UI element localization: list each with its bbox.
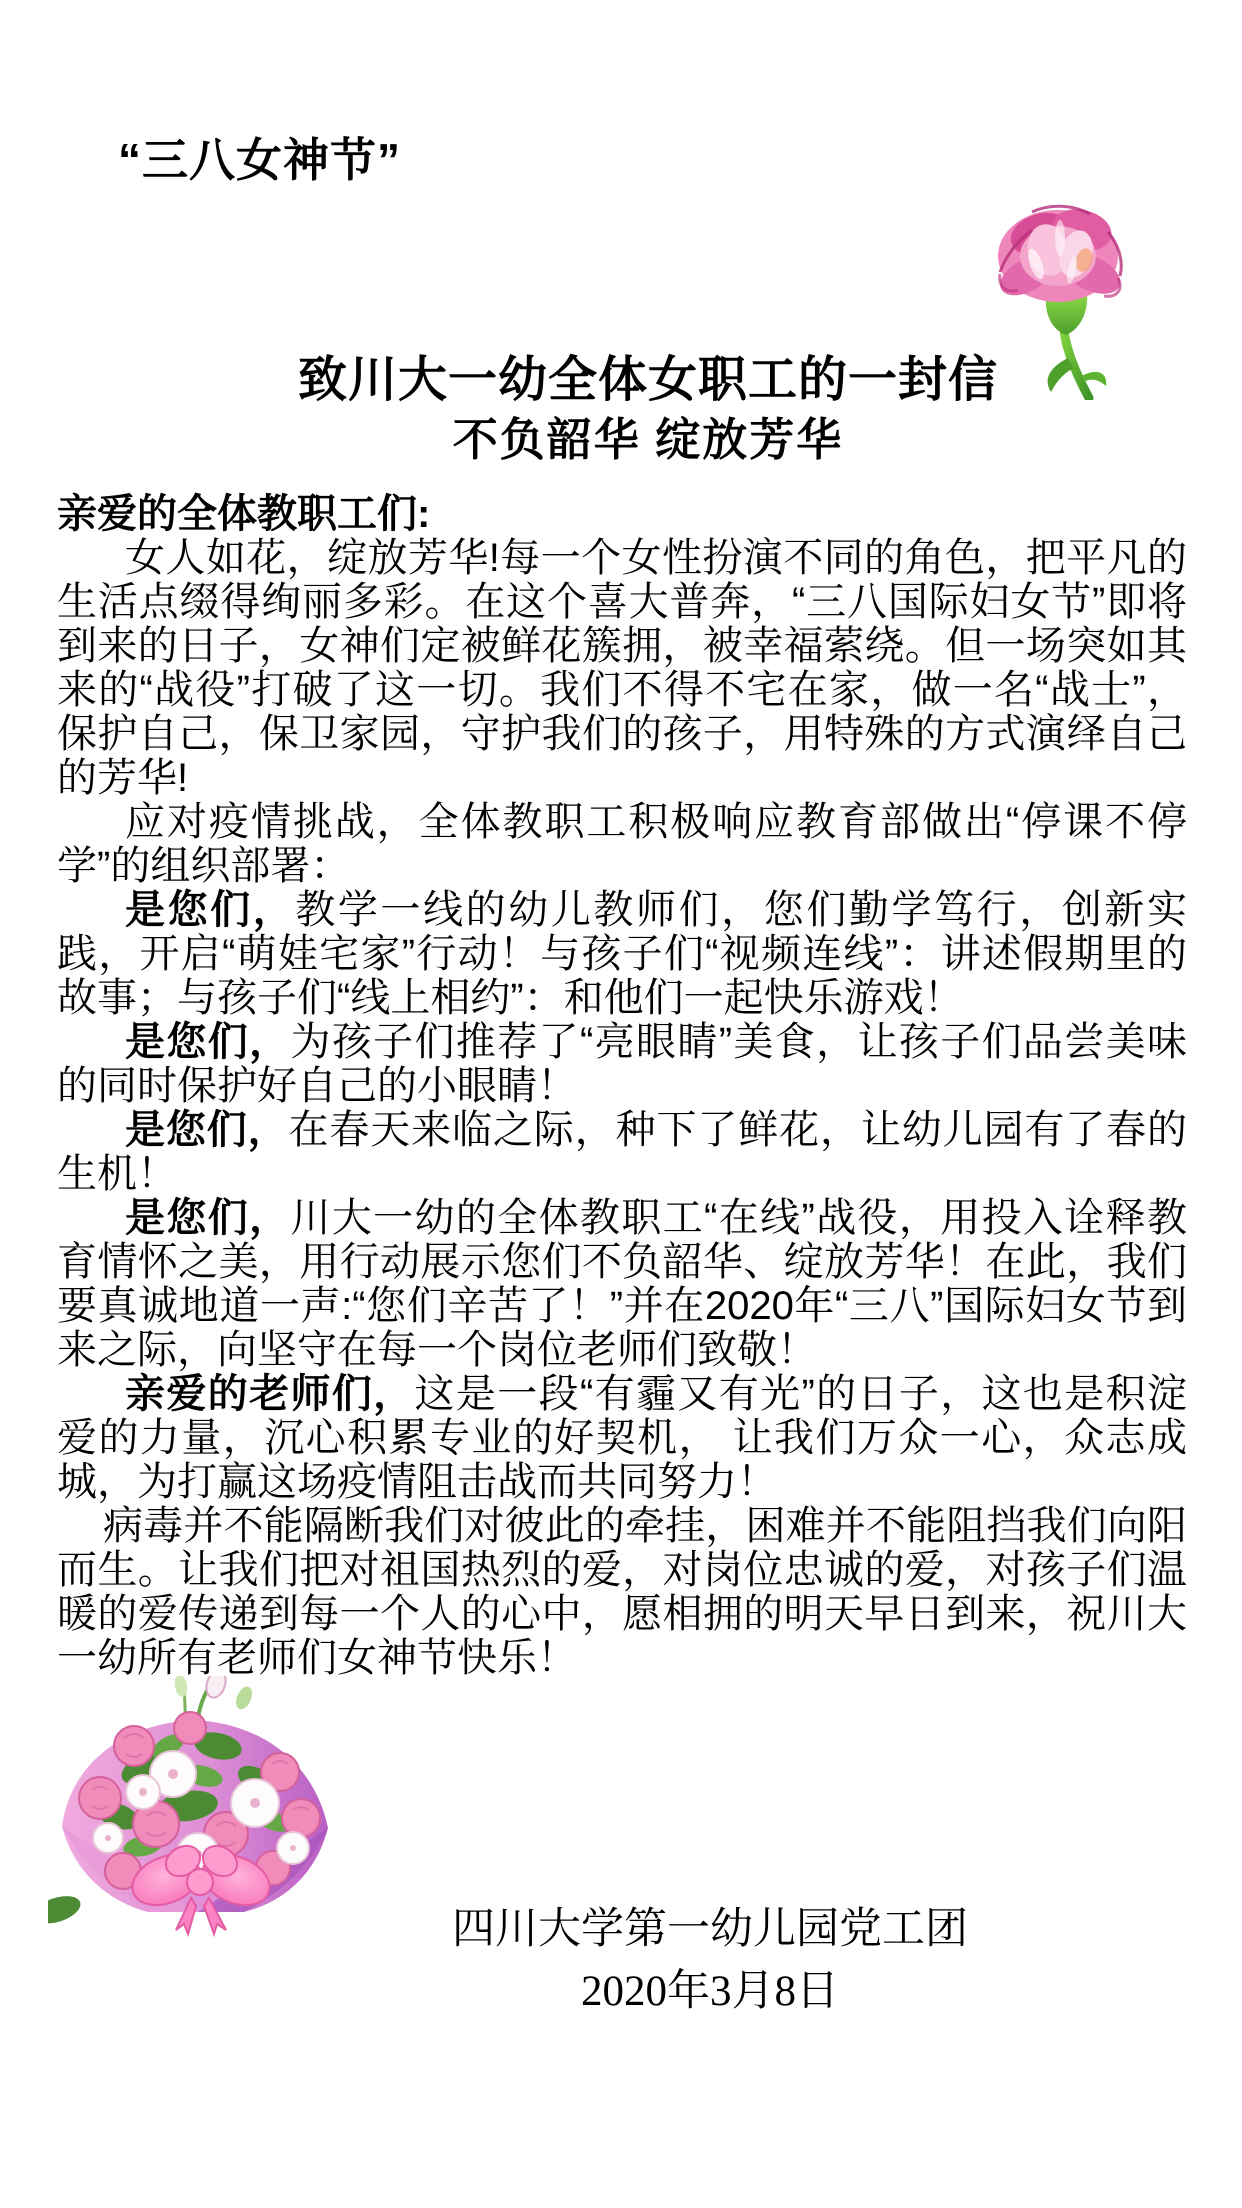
paragraph-text: 病毒并不能隔断我们对彼此的牵挂，困难并不能阻挡我们向阳而生。让我们把对祖国热烈的… (57, 1504, 1187, 1680)
paragraph-text: 应对疫情挑战，全体教职工积极响应教育部做出“停课不停学”的组织部署： (57, 800, 1187, 888)
paragraph: 女人如花，绽放芳华!每一个女性扮演不同的角色，把平凡的生活点缀得绚丽多彩。在这个… (57, 536, 1187, 800)
paragraph-text: 女人如花，绽放芳华!每一个女性扮演不同的角色，把平凡的生活点缀得绚丽多彩。在这个… (57, 536, 1187, 800)
paragraph-lead: 是您们， (125, 1108, 289, 1152)
paragraph: 病毒并不能隔断我们对彼此的牵挂，困难并不能阻挡我们向阳而生。让我们把对祖国热烈的… (57, 1504, 1187, 1680)
paragraph: 应对疫情挑战，全体教职工积极响应教育部做出“停课不停学”的组织部署： (57, 800, 1187, 888)
page-title: “三八女神节” (118, 124, 401, 190)
paragraph: 是您们，为孩子们推荐了“亮眼睛”美食，让孩子们品尝美味的同时保护好自己的小眼睛！ (57, 1020, 1187, 1108)
salutation: 亲爱的全体教职工们: (57, 492, 1187, 536)
paragraph: 是您们，教学一线的幼儿教师们，您们勤学笃行，创新实践，开启“萌娃宅家”行动！与孩… (57, 888, 1187, 1020)
letter-body: 亲爱的全体教职工们: 女人如花，绽放芳华!每一个女性扮演不同的角色，把平凡的生活… (57, 492, 1187, 1680)
paragraph-lead: 是您们， (125, 1196, 290, 1240)
paragraph-lead: 亲爱的老师们， (125, 1372, 415, 1416)
paragraph-lead: 是您们， (125, 1020, 290, 1064)
letter-subtitle: 不负韶华 绽放芳华 (57, 414, 1239, 466)
paragraph-lead: 是您们， (125, 888, 295, 932)
letter-page: “三八女神节” (0, 0, 1242, 2208)
paragraph: 是您们，在春天来临之际，种下了鲜花，让幼儿园有了春的生机！ (57, 1108, 1187, 1196)
signature-block: 四川大学第一幼儿园党工团 2020年3月8日 (250, 1899, 1170, 2023)
paragraph: 是您们，川大一幼的全体教职工“在线”战役，用投入诠释教育情怀之美，用行动展示您们… (57, 1196, 1187, 1372)
letter-title: 致川大一幼全体女职工的一封信 (57, 352, 1239, 408)
paragraph: 亲爱的老师们，这是一段“有霾又有光”的日子，这也是积淀爱的力量，沉心积累专业的好… (57, 1372, 1187, 1504)
date: 2020年3月8日 (250, 1961, 1170, 2023)
signature: 四川大学第一幼儿园党工团 (250, 1899, 1170, 1961)
title-block: 致川大一幼全体女职工的一封信 不负韶华 绽放芳华 (57, 352, 1239, 466)
